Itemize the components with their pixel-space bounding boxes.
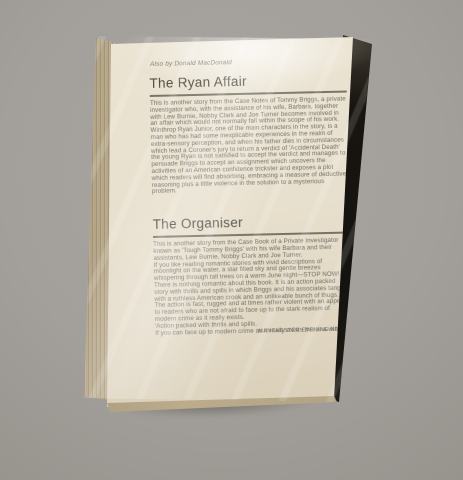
ryan-affair-paragraph-2: Winthrop Ryan Junior, one of the main ch…: [151, 124, 349, 196]
section-the-ryan-affair: The Ryan Affair This is another story fr…: [149, 72, 349, 197]
heading-the-ryan-affair: The Ryan Affair: [149, 72, 346, 97]
back-cover-blurb: Also by Donald MacDonald The Ryan Affair…: [149, 57, 352, 338]
review-attribution: MANCHESTER EVENING NEWS: [258, 327, 348, 335]
section-the-organiser: The Organiser This is another story from…: [153, 213, 353, 338]
photo-scene: Also by Donald MacDonald The Ryan Affair…: [0, 0, 463, 480]
heading-the-organiser: The Organiser: [153, 213, 350, 238]
also-by-line: Also by Donald MacDonald: [150, 57, 346, 68]
organiser-paragraph-2: If you like reading romantic stories wit…: [154, 258, 352, 324]
